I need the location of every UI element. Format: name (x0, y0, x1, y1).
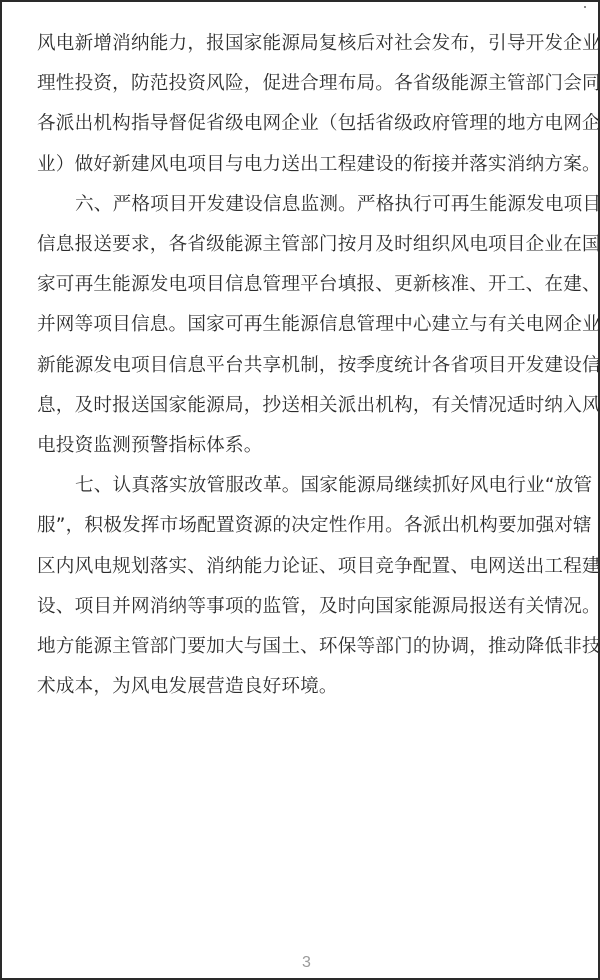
text-line: 服”，积极发挥市场配置资源的决定性作用。各派出机构要加强对辖 (37, 506, 567, 546)
text-line: 各派出机构指导督促省级电网企业（包括省级政府管理的地方电网企 (37, 104, 567, 144)
section-heading-line: 七、认真落实放管服改革。国家能源局继续抓好风电行业“放管 (37, 466, 567, 506)
text-line: 信息报送要求，各省级能源主管部门按月及时组织风电项目企业在国 (37, 225, 567, 265)
text-line: 息，及时报送国家能源局，抄送相关派出机构，有关情况适时纳入风 (37, 386, 567, 426)
paragraph-continuation: 风电新增消纳能力，报国家能源局复核后对社会发布，引导开发企业 理性投资，防范投资… (37, 24, 567, 185)
text-line: 区内风电规划落实、消纳能力论证、项目竞争配置、电网送出工程建 (37, 547, 567, 587)
text-line: 家可再生能源发电项目信息管理平台填报、更新核准、开工、在建、 (37, 265, 567, 305)
section-heading-line: 六、严格项目开发建设信息监测。严格执行可再生能源发电项目 (37, 185, 567, 225)
text-line: 地方能源主管部门要加大与国土、环保等部门的协调，推动降低非技 (37, 627, 567, 667)
paragraph-section-6: 六、严格项目开发建设信息监测。严格执行可再生能源发电项目 信息报送要求，各省级能… (37, 185, 567, 466)
text-line: 电投资监测预警指标体系。 (37, 426, 567, 466)
document-body: 风电新增消纳能力，报国家能源局复核后对社会发布，引导开发企业 理性投资，防范投资… (37, 24, 567, 707)
document-page: 风电新增消纳能力，报国家能源局复核后对社会发布，引导开发企业 理性投资，防范投资… (0, 0, 600, 980)
text-line: 并网等项目信息。国家可再生能源信息管理中心建立与有关电网企业 (37, 305, 567, 345)
text-line: 设、项目并网消纳等事项的监管，及时向国家能源局报送有关情况。 (37, 587, 567, 627)
text-line: 术成本，为风电发展营造良好环境。 (37, 667, 567, 707)
text-line: 理性投资，防范投资风险，促进合理布局。各省级能源主管部门会同 (37, 64, 567, 104)
page-number: 3 (302, 954, 311, 972)
text-line: 风电新增消纳能力，报国家能源局复核后对社会发布，引导开发企业 (37, 24, 567, 64)
text-line: 业）做好新建风电项目与电力送出工程建设的衔接并落实消纳方案。 (37, 145, 567, 185)
scan-speck (584, 6, 586, 8)
text-line: 新能源发电项目信息平台共享机制，按季度统计各省项目开发建设信 (37, 346, 567, 386)
paragraph-section-7: 七、认真落实放管服改革。国家能源局继续抓好风电行业“放管 服”，积极发挥市场配置… (37, 466, 567, 707)
